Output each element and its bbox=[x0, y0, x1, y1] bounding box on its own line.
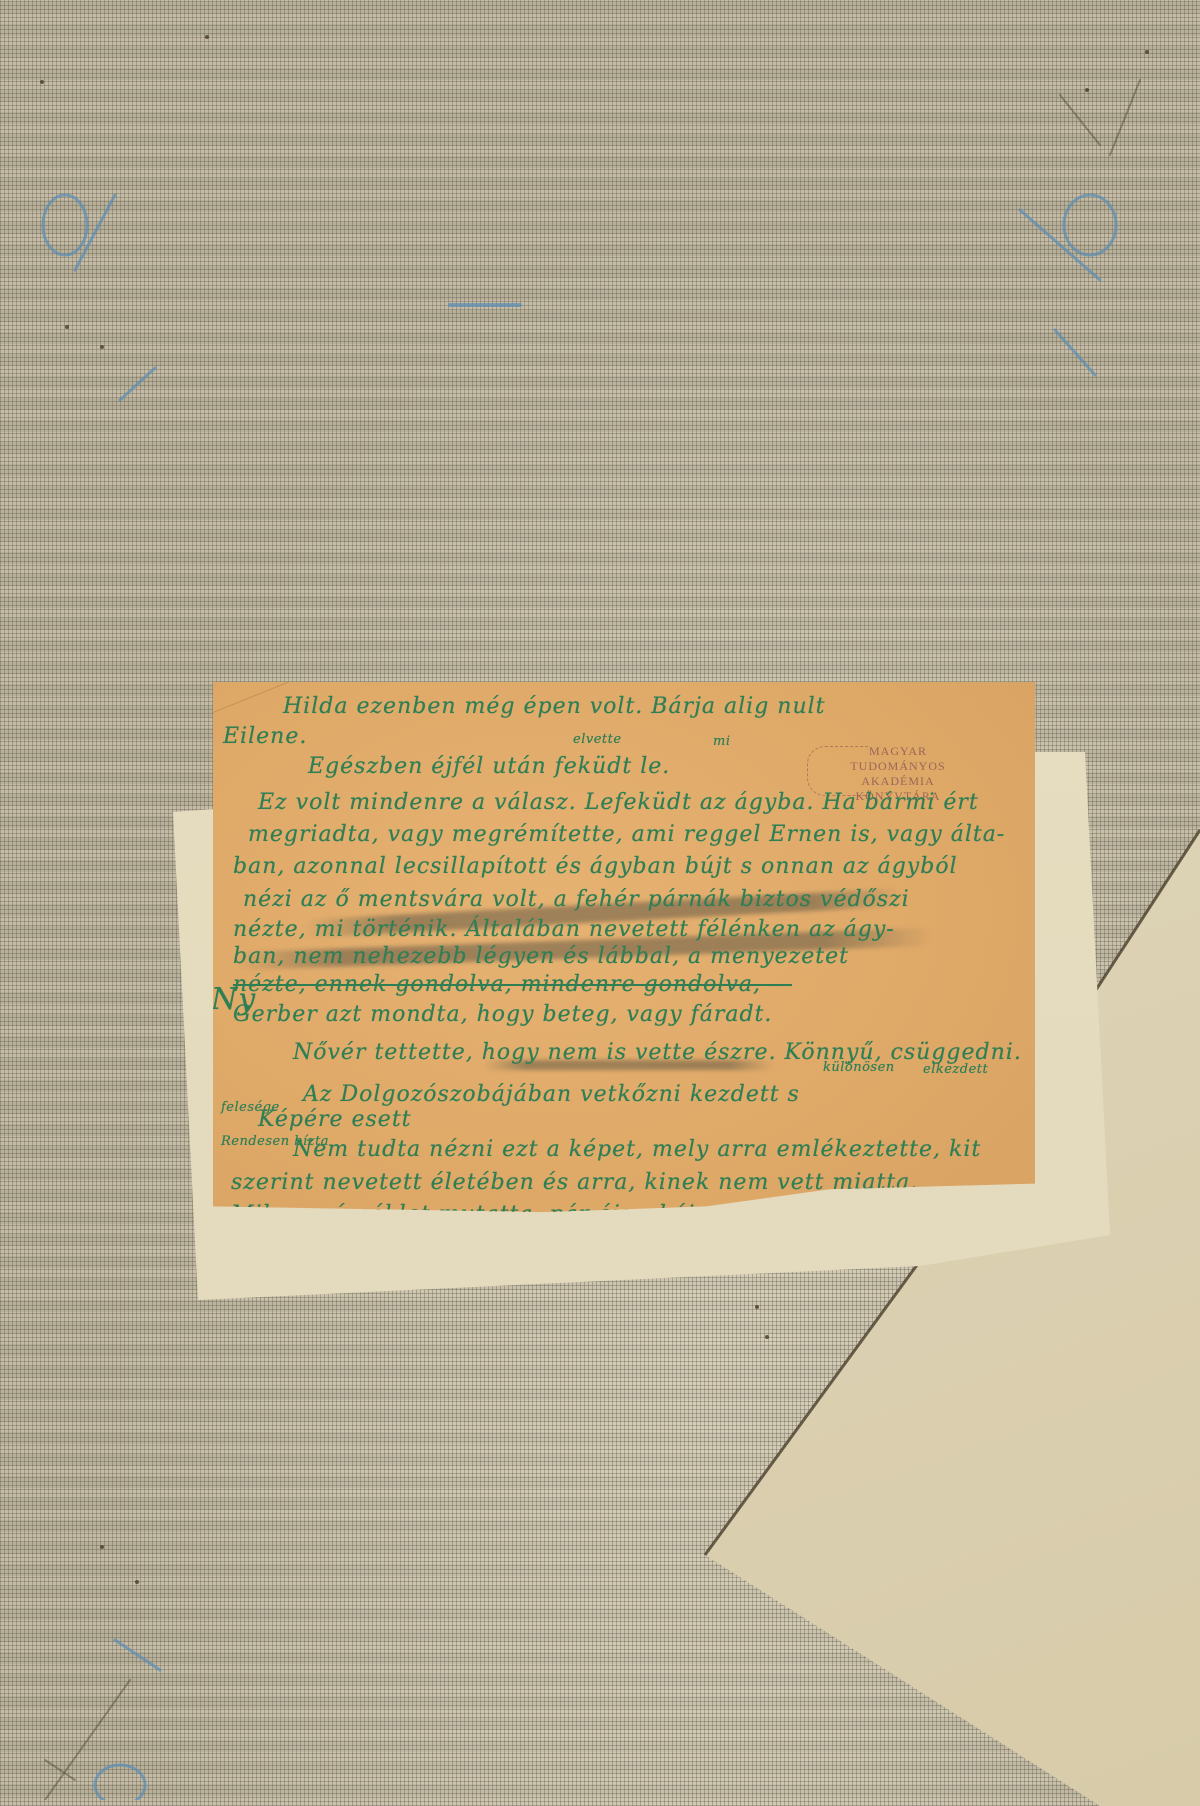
manuscript-line: ban, azonnal lecsillapított és ágyban bú… bbox=[233, 854, 958, 879]
manuscript-line: Nővér tettette, hogy nem is vette észre.… bbox=[293, 1040, 1022, 1065]
speck bbox=[65, 325, 69, 329]
interlinear-note: elvette bbox=[573, 732, 622, 747]
speck bbox=[755, 1305, 759, 1309]
manuscript-line: szerint nevetett életében és arra, kinek… bbox=[231, 1170, 918, 1195]
blue-crayon-dash-top bbox=[440, 295, 530, 315]
manuscript-line: Gerber azt mondta, hogy beteg, vagy fára… bbox=[233, 1002, 772, 1027]
stamp-line-2: TUDOMÁNYOS AKADÉMIA bbox=[813, 759, 983, 789]
manuscript-line: nézi az ő mentsvára volt, a fehér párnák… bbox=[243, 887, 910, 912]
manuscript-line: Ez volt mindenre a válasz. Lefeküdt az á… bbox=[258, 790, 979, 815]
interlinear-note: különösen bbox=[823, 1060, 895, 1075]
manuscript-line: megriadta, vagy megrémítette, ami reggel… bbox=[248, 822, 1005, 847]
blue-crayon-mark-top-right bbox=[1000, 180, 1160, 380]
speck bbox=[1085, 88, 1089, 92]
speck bbox=[100, 345, 104, 349]
blue-crayon-mark-bottom-left bbox=[20, 1560, 180, 1800]
blue-crayon-dash-left bbox=[110, 360, 170, 410]
speck bbox=[40, 80, 44, 84]
interlinear-note: elkezdett bbox=[923, 1062, 988, 1077]
manuscript-line: Nem tudta nézni ezt a képet, mely arra e… bbox=[293, 1137, 981, 1162]
manuscript-line: Egészben éjfél után feküdt le. bbox=[308, 754, 670, 779]
manuscript-line: Az Dolgozószobájában vetkőzni kezdett s bbox=[303, 1082, 800, 1107]
stamp-line-1: MAGYAR bbox=[813, 744, 983, 759]
speck bbox=[100, 1545, 104, 1549]
interlinear-note: mi bbox=[713, 734, 731, 749]
manuscript-line: ban, nem nehezebb légyen és lábbal, a me… bbox=[233, 944, 849, 969]
pencil-mark-top-right bbox=[1030, 60, 1170, 180]
manuscript-line: Hilda ezenben még épen volt. Bárja alig … bbox=[283, 694, 826, 719]
manuscript-line: nézte, mi történik. Általában nevetett f… bbox=[233, 917, 895, 942]
manuscript-line: Eilene. bbox=[223, 724, 307, 749]
manuscript-card: MAGYAR TUDOMÁNYOS AKADÉMIA KÖNYVTÁRA Hil… bbox=[213, 682, 1035, 1252]
speck bbox=[205, 35, 209, 39]
manuscript-line-struck: nézte, ennek gondolva, mindenre gondolva… bbox=[233, 972, 792, 997]
speck bbox=[1145, 50, 1149, 54]
manuscript-line: Képére esett bbox=[258, 1107, 412, 1132]
blue-crayon-mark-top-left bbox=[30, 170, 150, 300]
speck bbox=[765, 1335, 769, 1339]
speck bbox=[135, 1580, 139, 1584]
